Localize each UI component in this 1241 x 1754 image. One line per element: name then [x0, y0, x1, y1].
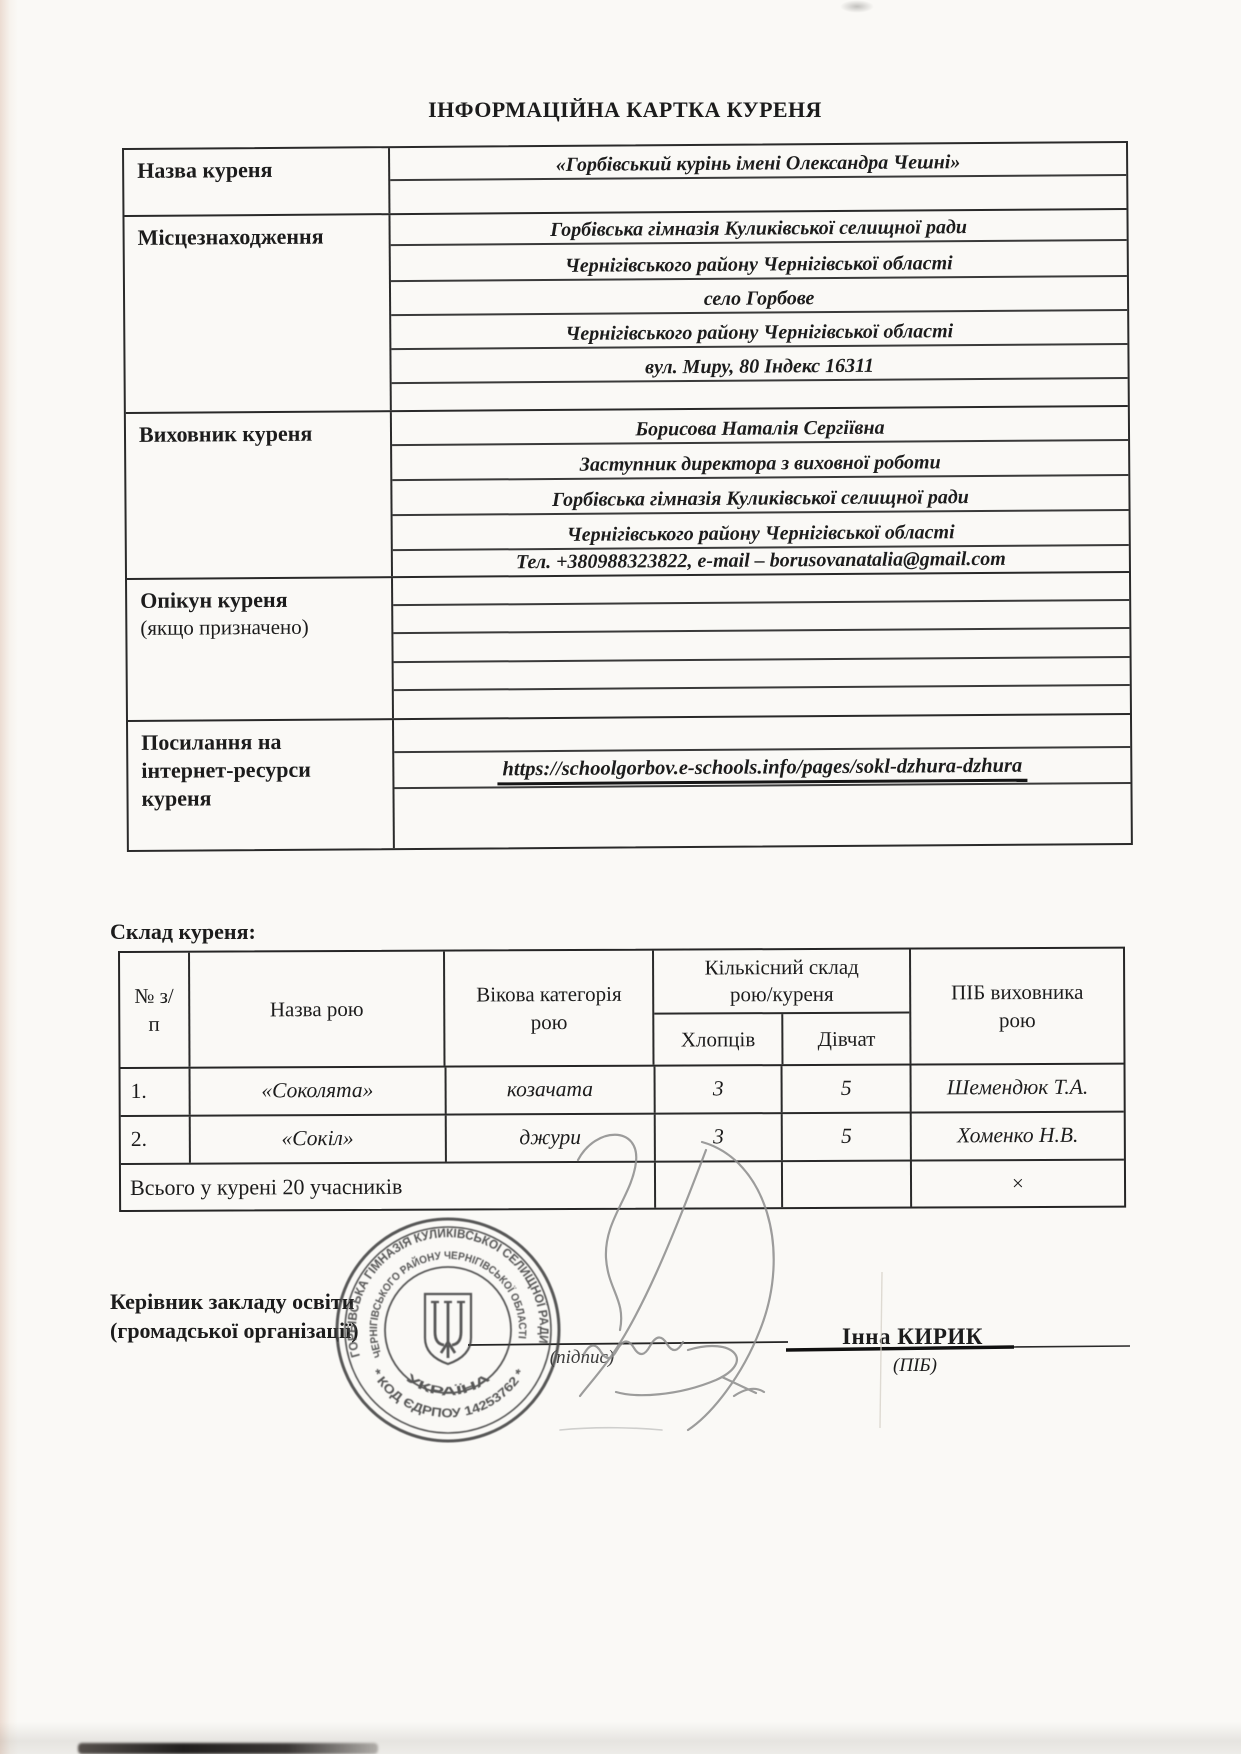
- round-stamp: ГОРБІВСЬКА ГІМНАЗІЯ КУЛИКІВСЬКОЇ СЕЛИЩНО…: [337, 1219, 559, 1441]
- cell-num: 2.: [121, 1117, 191, 1163]
- cell-mentor: Шемендюк Т.А.: [911, 1065, 1123, 1112]
- col-header-mentor-name: ПІБ виховника рою: [935, 977, 1100, 1034]
- value-line-empty: [394, 715, 1130, 753]
- value-line-contacts: Тел. +380988323822, e-mail – borusovanat…: [393, 545, 1129, 575]
- info-row-web-links: Посилання на інтернет-ресурси куреня htt…: [128, 715, 1131, 850]
- signer-name: Інна КИРИК: [800, 1324, 1025, 1350]
- total-boys-empty: [656, 1162, 784, 1208]
- cell-mentor: Хоменко Н.В.: [912, 1113, 1124, 1160]
- cell-girls: 5: [783, 1066, 912, 1113]
- stamp-code-text: * КОД ЄДРПОУ 14253762 *: [369, 1367, 528, 1421]
- cell-age: козачата: [446, 1067, 655, 1114]
- info-table: Назва куреня «Горбівський курінь імені О…: [122, 141, 1133, 852]
- signer-role-line1: Керівник закладу освіти: [110, 1287, 359, 1316]
- total-row: Всього у курені 20 учасників ×: [121, 1161, 1124, 1210]
- value-line-url: https://schoolgorbov.e-schools.info/page…: [394, 748, 1130, 789]
- kuren-url-text: https://schoolgorbov.e-schools.info/page…: [497, 754, 1027, 785]
- info-row-kuren-name: Назва куреня «Горбівський курінь імені О…: [124, 143, 1126, 217]
- row-label: Опікун куреня: [140, 585, 383, 615]
- col-header-girls: Дівчат: [781, 1014, 909, 1065]
- info-row-location: Місцезнаходження Горбівська гімназія Кул…: [124, 210, 1127, 414]
- value-line: «Горбівський курінь імені Олександра Чеш…: [390, 143, 1126, 181]
- table-row: 2. «Сокіл» джури 3 5 Хоменко Н.В.: [121, 1113, 1124, 1165]
- col-header-num: № з/п: [134, 981, 174, 1038]
- row-label: Виховник куреня: [139, 419, 382, 449]
- signer-name-caption: (ПІБ): [855, 1355, 975, 1377]
- name-underline-thin: [1014, 1346, 1130, 1347]
- value-line-empty: [394, 686, 1130, 718]
- col-header-boys: Хлопців: [654, 1014, 781, 1065]
- total-mark: ×: [912, 1161, 1124, 1207]
- svg-text:ГОРБІВСЬКА ГІМНАЗІЯ КУЛИКІВСЬК: ГОРБІВСЬКА ГІМНАЗІЯ КУЛИКІВСЬКОЇ СЕЛИЩНО…: [345, 1226, 551, 1359]
- value-line: вул. Миру, 80 Індекс 16311: [391, 345, 1127, 384]
- row-label: Назва куреня: [137, 155, 380, 185]
- cell-num: 1.: [121, 1069, 191, 1115]
- col-header-age-category: Вікова категорія рою: [471, 979, 626, 1036]
- row-sublabel: (якщо призначено): [140, 613, 383, 642]
- stamp-country-text: УКРАЇНА: [404, 1370, 493, 1398]
- signer-role-line2: (громадської організації): [110, 1316, 359, 1345]
- tryzub-emblem-icon: [425, 1294, 471, 1364]
- cell-boys: 3: [655, 1066, 783, 1113]
- scan-fold-line: [880, 1272, 882, 1428]
- stamp-outer-ring-text: ГОРБІВСЬКА ГІМНАЗІЯ КУЛИКІВСЬКОЇ СЕЛИЩНО…: [345, 1226, 551, 1359]
- cell-roy-name: «Соколята»: [190, 1068, 446, 1115]
- row-label: Місцезнаходження: [138, 222, 381, 252]
- value-line: Горбівська гімназія Куликівської селищно…: [390, 210, 1126, 246]
- stamp-inner-circle: [385, 1267, 511, 1393]
- row-label: Посилання на інтернет-ресурси куреня: [141, 727, 374, 813]
- composition-header-row: № з/п Назва рою Вікова категорія рою Кіл…: [120, 949, 1123, 1069]
- scan-bottom-bar-artifact: [78, 1743, 378, 1754]
- scanned-document-page: { "document": { "title": "ІНФОРМАЦІЙНА К…: [0, 0, 1241, 1754]
- col-header-quantity: Кількісний склад рою/куреня: [682, 953, 882, 1008]
- value-line: село Горбове: [391, 277, 1127, 316]
- table-row: 1. «Соколята» козачата 3 5 Шемендюк Т.А.: [121, 1065, 1124, 1117]
- value-line: Чернігівського району Чернігівської обла…: [391, 241, 1127, 282]
- scan-edge-artifact: [0, 0, 18, 1754]
- value-line: Чернігівського району Чернігівської обла…: [391, 311, 1127, 350]
- signature-caption: (підпис): [512, 1347, 652, 1369]
- document-title: ІНФОРМАЦІЙНА КАРТКА КУРЕНЯ: [122, 97, 1128, 123]
- scan-smudge-artifact: [840, 0, 874, 13]
- total-girls-empty: [783, 1162, 912, 1208]
- value-line: Борисова Наталія Сергіївна: [392, 406, 1128, 445]
- cell-boys: 3: [656, 1114, 784, 1161]
- value-line: Чернігівського району Чернігівської обла…: [393, 510, 1129, 550]
- signature-line: [468, 1342, 788, 1345]
- info-row-guardian: Опікун куреня (якщо призначено): [127, 573, 1130, 722]
- value-line-empty: [392, 379, 1128, 410]
- cell-girls: 5: [783, 1114, 912, 1161]
- svg-text:ЧЕРНІГІВСЬКОГО РАЙОНУ ЧЕРНІГІВ: ЧЕРНІГІВСЬКОГО РАЙОНУ ЧЕРНІГІВСЬКОЇ ОБЛА…: [368, 1250, 528, 1359]
- value-line-empty: [394, 784, 1130, 848]
- info-row-mentor: Виховник куреня Борисова Наталія Сергіїв…: [126, 406, 1129, 579]
- value-line: Горбівська гімназія Куликівської селищно…: [392, 475, 1128, 515]
- signer-role-label: Керівник закладу освіти (громадської орг…: [110, 1287, 359, 1345]
- composition-table: № з/п Назва рою Вікова категорія рою Кіл…: [118, 947, 1126, 1212]
- stamp-outer-circle: [337, 1219, 559, 1441]
- stamp-inner-ring-text: ЧЕРНІГІВСЬКОГО РАЙОНУ ЧЕРНІГІВСЬКОЇ ОБЛА…: [368, 1250, 528, 1359]
- composition-heading: Склад куреня:: [110, 919, 256, 945]
- cell-age: джури: [446, 1115, 655, 1162]
- cell-roy-name: «Сокіл»: [190, 1116, 446, 1163]
- value-line: Заступник директора з виховної роботи: [392, 440, 1128, 480]
- total-label: Всього у курені 20 учасників: [121, 1163, 656, 1210]
- svg-text:* КОД ЄДРПОУ 14253762 *: * КОД ЄДРПОУ 14253762 *: [369, 1367, 528, 1421]
- stamp-outer-circle-2: [345, 1227, 551, 1433]
- value-line-empty: [390, 176, 1126, 213]
- svg-text:УКРАЇНА: УКРАЇНА: [404, 1370, 493, 1398]
- col-header-roy-name: Назва рою: [190, 952, 446, 1067]
